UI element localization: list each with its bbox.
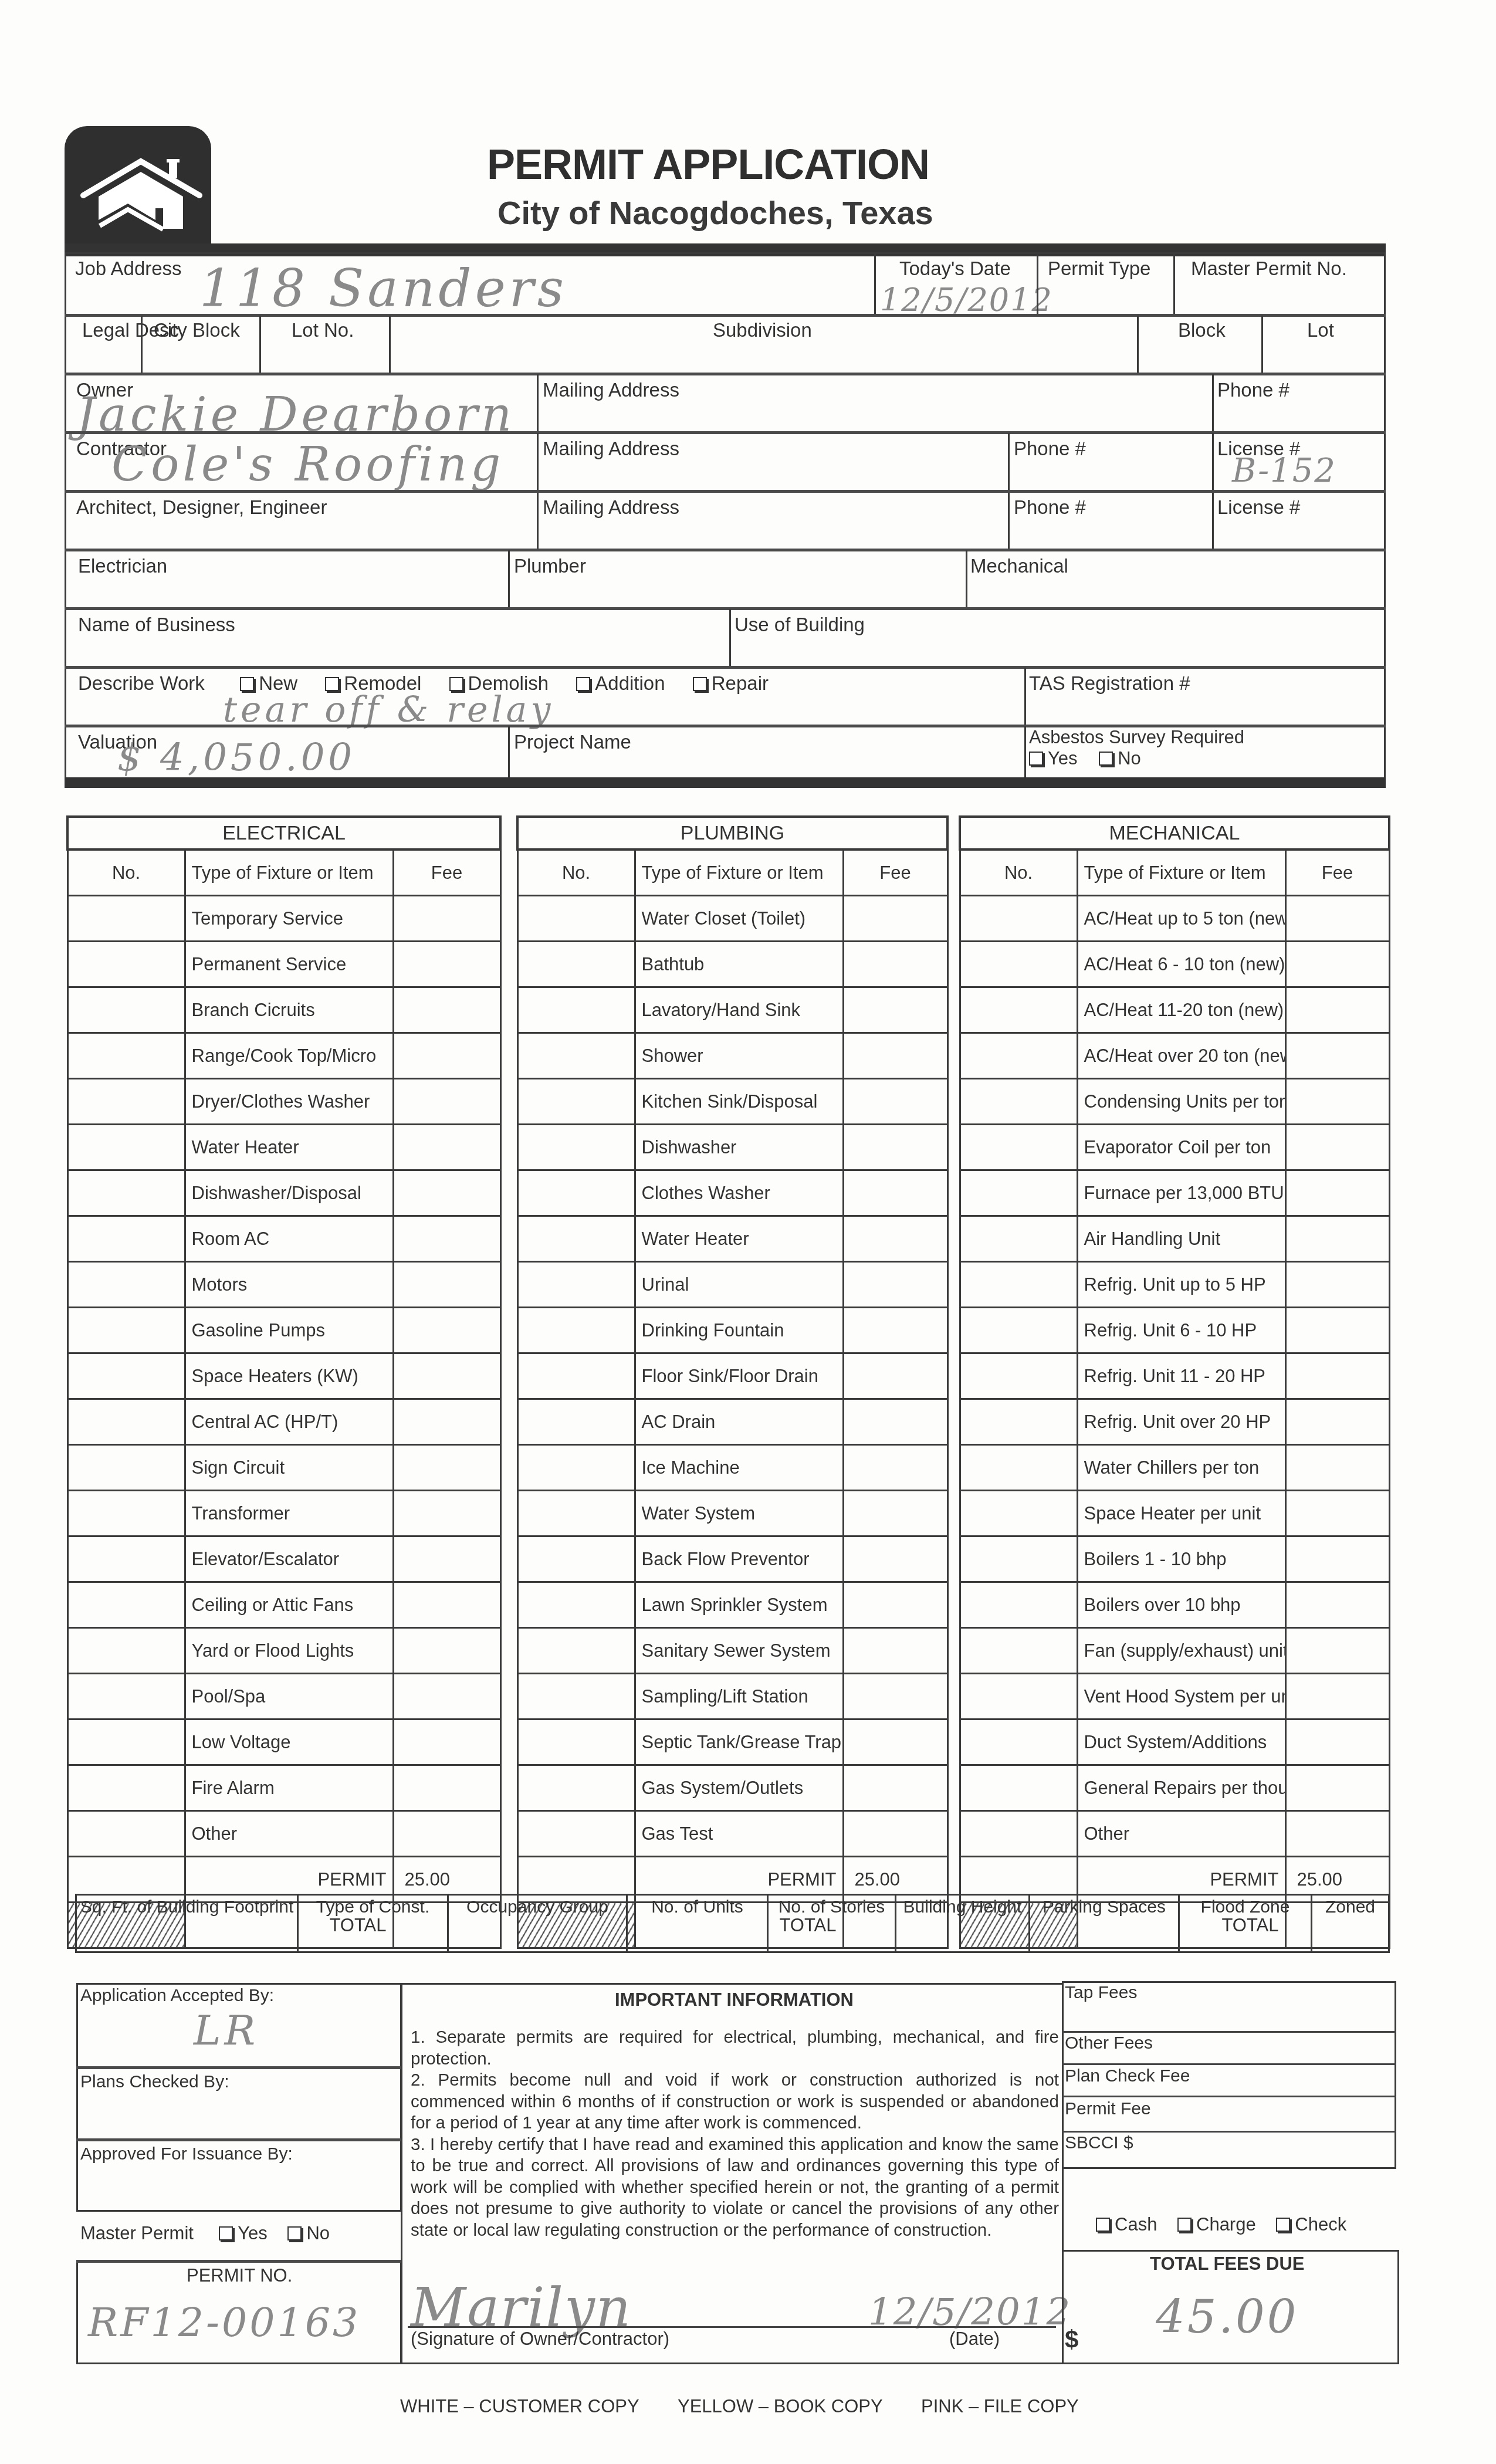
fee-cell[interactable]	[843, 1720, 947, 1765]
master-permit-label: Master Permit Yes No	[80, 2223, 352, 2243]
quantity-cell[interactable]	[517, 1582, 635, 1628]
fixture-item-label: Bathtub	[635, 942, 843, 987]
plumbing-table: PLUMBINGNo.Type of Fixture or ItemFeeWat…	[516, 815, 949, 1949]
quantity-cell[interactable]	[517, 1033, 635, 1079]
page-title: PERMIT APPLICATION	[487, 141, 929, 189]
building-info-field[interactable]	[76, 1919, 298, 1952]
fee-cell[interactable]	[843, 1674, 947, 1720]
plans-checked-label: Plans Checked By:	[80, 2072, 229, 2091]
quantity-cell[interactable]	[960, 1536, 1077, 1582]
fixture-item-label: Dishwasher/Disposal	[185, 1170, 393, 1216]
fixture-item-label: Floor Sink/Floor Drain	[635, 1353, 843, 1399]
quantity-cell[interactable]	[960, 1033, 1077, 1079]
fee-cell[interactable]	[843, 1125, 947, 1170]
valuation-field[interactable]: $ 4,050.00	[117, 736, 356, 780]
fixture-item-label: Refrig. Unit over 20 HP	[1077, 1399, 1285, 1445]
quantity-cell[interactable]	[517, 1445, 635, 1491]
fee-cell[interactable]	[843, 1536, 947, 1582]
table-row: Space Heaters (KW)	[67, 1353, 500, 1399]
fee-cell[interactable]	[1285, 896, 1389, 942]
table-row: AC/Heat 11-20 ton (new)	[960, 987, 1389, 1033]
quantity-cell[interactable]	[517, 1811, 635, 1857]
fee-cell[interactable]	[1285, 1765, 1389, 1811]
table-row: Lawn Sprinkler System	[517, 1582, 947, 1628]
quantity-cell[interactable]	[960, 1353, 1077, 1399]
quantity-cell[interactable]	[960, 1628, 1077, 1674]
fee-cell[interactable]	[1285, 1125, 1389, 1170]
city-logo	[65, 126, 211, 252]
table-row: Dishwasher	[517, 1125, 947, 1170]
fee-cell[interactable]	[393, 1399, 500, 1445]
fee-cell[interactable]	[1285, 942, 1389, 987]
fee-cell[interactable]	[393, 1308, 500, 1353]
quantity-cell[interactable]	[517, 1170, 635, 1216]
fixture-item-label: Septic Tank/Grease Trap	[635, 1720, 843, 1765]
mechanical-label: Mechanical	[970, 556, 1068, 577]
fee-cell[interactable]	[393, 1765, 500, 1811]
table-row: Water Heater	[67, 1125, 500, 1170]
building-info-header: Flood Zone	[1179, 1895, 1312, 1920]
table-row: Ice Machine	[517, 1445, 947, 1491]
fixture-item-label: Gas System/Outlets	[635, 1765, 843, 1811]
fixture-item-label: Fire Alarm	[185, 1765, 393, 1811]
fee-cell[interactable]	[393, 1033, 500, 1079]
table-row: Refrig. Unit 6 - 10 HP	[960, 1308, 1389, 1353]
fixture-item-label: Fan (supply/exhaust) unit	[1077, 1628, 1285, 1674]
quantity-cell[interactable]	[960, 896, 1077, 942]
fixture-item-label: Water Heater	[185, 1125, 393, 1170]
architect-license-label: License #	[1217, 497, 1300, 518]
table-row: Fan (supply/exhaust) unit	[960, 1628, 1389, 1674]
building-info-field[interactable]	[627, 1919, 768, 1952]
fee-cell[interactable]	[393, 1674, 500, 1720]
table-row: AC/Heat over 20 ton (new)	[960, 1033, 1389, 1079]
table-row: Other	[960, 1811, 1389, 1857]
building-info-field[interactable]	[896, 1919, 1030, 1952]
permit-type-field[interactable]	[1038, 282, 1185, 314]
table-row: Water Closet (Toilet)	[517, 896, 947, 942]
fee-cell[interactable]	[1285, 1720, 1389, 1765]
fixture-item-label: Condensing Units per ton	[1077, 1079, 1285, 1125]
quantity-cell[interactable]	[517, 1720, 635, 1765]
fixture-item-label: Shower	[635, 1033, 843, 1079]
table-row: Central AC (HP/T)	[67, 1399, 500, 1445]
table-row: Urinal	[517, 1262, 947, 1308]
quantity-cell[interactable]	[67, 987, 185, 1033]
plans-checked-field[interactable]	[79, 2094, 399, 2135]
fixture-item-label: Sampling/Lift Station	[635, 1674, 843, 1720]
fee-cell[interactable]	[843, 1262, 947, 1308]
table-row: Fire Alarm	[67, 1765, 500, 1811]
fee-cell[interactable]	[843, 1308, 947, 1353]
quantity-cell[interactable]	[960, 1674, 1077, 1720]
quantity-cell[interactable]	[517, 1125, 635, 1170]
fixture-item-label: Dryer/Clothes Washer	[185, 1079, 393, 1125]
fee-cell[interactable]	[393, 1170, 500, 1216]
fee-cell[interactable]	[1285, 1079, 1389, 1125]
work-repair-checkbox[interactable]: Repair	[693, 673, 769, 694]
table-row: Refrig. Unit over 20 HP	[960, 1399, 1389, 1445]
quantity-cell[interactable]	[67, 1262, 185, 1308]
master-permit-no-checkbox[interactable]: No	[287, 2223, 330, 2243]
table-row: AC/Heat up to 5 ton (new)	[960, 896, 1389, 942]
building-info-header: No. of Units	[627, 1895, 768, 1920]
fee-cell[interactable]	[1285, 1628, 1389, 1674]
quantity-cell[interactable]	[67, 1445, 185, 1491]
other-fees-label: Other Fees	[1065, 2033, 1153, 2053]
table-row: Water Chillers per ton	[960, 1445, 1389, 1491]
quantity-cell[interactable]	[517, 1399, 635, 1445]
fee-cell[interactable]	[843, 1765, 947, 1811]
fee-cell[interactable]	[843, 942, 947, 987]
quantity-cell[interactable]	[67, 896, 185, 942]
fixture-item-label: Low Voltage	[185, 1720, 393, 1765]
table-row: Yard or Flood Lights	[67, 1628, 500, 1674]
quantity-cell[interactable]	[960, 987, 1077, 1033]
fee-cell[interactable]	[1285, 1399, 1389, 1445]
fee-cell[interactable]	[843, 1079, 947, 1125]
todays-date-field[interactable]: 12/5/2012	[880, 282, 1053, 319]
fee-cell[interactable]	[1285, 1811, 1389, 1857]
quantity-cell[interactable]	[517, 1765, 635, 1811]
fee-cell[interactable]	[1285, 1536, 1389, 1582]
total-fees-field[interactable]: 45.00	[1156, 2291, 1298, 2344]
tap-fees-label: Tap Fees	[1065, 1983, 1137, 2002]
fee-cell[interactable]	[843, 1811, 947, 1857]
table-row: Vent Hood System per unit	[960, 1674, 1389, 1720]
fee-cell[interactable]	[393, 1216, 500, 1262]
quantity-cell[interactable]	[67, 1033, 185, 1079]
fee-cell[interactable]	[843, 1491, 947, 1536]
table-row: Clothes Washer	[517, 1170, 947, 1216]
fee-cell[interactable]	[393, 942, 500, 987]
fee-cell[interactable]	[843, 1216, 947, 1262]
fee-cell[interactable]	[1285, 1033, 1389, 1079]
fixture-item-label: Sanitary Sewer System	[635, 1628, 843, 1674]
quantity-cell[interactable]	[960, 942, 1077, 987]
fixture-item-label: Lavatory/Hand Sink	[635, 987, 843, 1033]
fixture-item-label: Refrig. Unit up to 5 HP	[1077, 1262, 1285, 1308]
date-label: (Date)	[949, 2329, 1000, 2349]
electrical-table-title: ELECTRICAL	[67, 817, 500, 849]
col-no-header: No.	[67, 849, 185, 896]
fee-cell[interactable]	[843, 1353, 947, 1399]
building-info-field[interactable]	[448, 1919, 627, 1952]
fixture-item-label: AC Drain	[635, 1399, 843, 1445]
fee-cell[interactable]	[1285, 1491, 1389, 1536]
quantity-cell[interactable]	[67, 1811, 185, 1857]
master-permit-no-label: Master Permit No.	[1191, 258, 1347, 279]
accepted-by-field[interactable]: LR	[194, 2006, 259, 2055]
table-row: Pool/Spa	[67, 1674, 500, 1720]
quantity-cell[interactable]	[517, 1491, 635, 1536]
quantity-cell[interactable]	[960, 1765, 1077, 1811]
table-row: Elevator/Escalator	[67, 1536, 500, 1582]
payment-cash-checkbox[interactable]: Cash	[1096, 2215, 1157, 2235]
city-block-label: City Block	[154, 320, 240, 341]
fee-cell[interactable]	[1285, 1445, 1389, 1491]
contractor-field[interactable]: Cole's Roofing	[111, 437, 504, 492]
permit-no-field[interactable]: RF12-00163	[88, 2300, 360, 2346]
fixture-item-label: Refrig. Unit 11 - 20 HP	[1077, 1353, 1285, 1399]
fee-cell[interactable]	[393, 1353, 500, 1399]
fee-cell[interactable]	[1285, 1308, 1389, 1353]
table-row: Refrig. Unit 11 - 20 HP	[960, 1353, 1389, 1399]
mechanical-table: MECHANICALNo.Type of Fixture or ItemFeeA…	[959, 815, 1390, 1949]
fee-cell[interactable]	[1285, 1582, 1389, 1628]
table-row: Dishwasher/Disposal	[67, 1170, 500, 1216]
table-row: Floor Sink/Floor Drain	[517, 1353, 947, 1399]
fixture-item-label: Water Heater	[635, 1216, 843, 1262]
building-info-header: Type of Const.	[298, 1895, 448, 1920]
asbestos-no-checkbox[interactable]: No	[1099, 749, 1141, 769]
building-info-header: Occupancy Group	[448, 1895, 627, 1920]
payment-charge-checkbox[interactable]: Charge	[1177, 2215, 1256, 2235]
master-permit-no-field[interactable]	[1176, 282, 1382, 314]
table-row: Water System	[517, 1491, 947, 1536]
building-info-header: Building Height	[896, 1895, 1030, 1920]
quantity-cell[interactable]	[517, 896, 635, 942]
lot-label: Lot	[1307, 320, 1334, 341]
important-info-title: IMPORTANT INFORMATION	[615, 1990, 854, 2010]
quantity-cell[interactable]	[960, 1262, 1077, 1308]
fixture-item-label: Air Handling Unit	[1077, 1216, 1285, 1262]
quantity-cell[interactable]	[517, 942, 635, 987]
quantity-cell[interactable]	[960, 1491, 1077, 1536]
fixture-item-label: Temporary Service	[185, 896, 393, 942]
fee-cell[interactable]	[393, 1536, 500, 1582]
quantity-cell[interactable]	[67, 1399, 185, 1445]
fee-cell[interactable]	[843, 1399, 947, 1445]
fixture-item-label: Boilers 1 - 10 bhp	[1077, 1536, 1285, 1582]
fee-cell[interactable]	[843, 1033, 947, 1079]
contractor-license-field[interactable]: B-152	[1232, 452, 1336, 490]
building-info-field[interactable]	[1312, 1919, 1389, 1952]
fee-cell[interactable]	[393, 1079, 500, 1125]
table-row: Temporary Service	[67, 896, 500, 942]
building-info-field[interactable]	[1179, 1919, 1312, 1952]
table-row: Room AC	[67, 1216, 500, 1262]
fee-cell[interactable]	[843, 896, 947, 942]
architect-label: Architect, Designer, Engineer	[76, 497, 327, 518]
fixture-item-label: AC/Heat over 20 ton (new)	[1077, 1033, 1285, 1079]
fixture-item-label: Room AC	[185, 1216, 393, 1262]
business-name-label: Name of Business	[78, 614, 235, 635]
fixture-item-label: Furnace per 13,000 BTU	[1077, 1170, 1285, 1216]
quantity-cell[interactable]	[67, 1491, 185, 1536]
plan-check-fee-label: Plan Check Fee	[1065, 2066, 1190, 2086]
section-divider-bar	[65, 777, 1386, 788]
table-row: Gas System/Outlets	[517, 1765, 947, 1811]
fee-cell[interactable]	[393, 896, 500, 942]
project-name-label: Project Name	[514, 732, 631, 753]
quantity-cell[interactable]	[67, 1170, 185, 1216]
fixture-item-label: Dishwasher	[635, 1125, 843, 1170]
asbestos-label: Asbestos Survey Required Yes No	[1029, 727, 1244, 769]
fixture-item-label: Elevator/Escalator	[185, 1536, 393, 1582]
accepted-by-label: Application Accepted By:	[80, 1986, 274, 2005]
approved-by-label: Approved For Issuance By:	[80, 2144, 293, 2164]
quantity-cell[interactable]	[960, 1811, 1077, 1857]
fee-cell[interactable]	[1285, 987, 1389, 1033]
fee-cell[interactable]	[1285, 1353, 1389, 1399]
table-row: Dryer/Clothes Washer	[67, 1079, 500, 1125]
quantity-cell[interactable]	[517, 987, 635, 1033]
building-info-field[interactable]	[1030, 1919, 1179, 1952]
building-info-header: No. of Stories	[768, 1895, 896, 1920]
quantity-cell[interactable]	[960, 1399, 1077, 1445]
fee-cell[interactable]	[1285, 1170, 1389, 1216]
signature-label: (Signature of Owner/Contractor)	[411, 2329, 669, 2349]
table-row: Sign Circuit	[67, 1445, 500, 1491]
quantity-cell[interactable]	[960, 1720, 1077, 1765]
quantity-cell[interactable]	[517, 1353, 635, 1399]
building-info-field[interactable]	[298, 1919, 448, 1952]
quantity-cell[interactable]	[960, 1079, 1077, 1125]
fee-cell[interactable]	[393, 1491, 500, 1536]
payment-method-group: Cash Charge Check	[1096, 2215, 1369, 2235]
table-row: Boilers over 10 bhp	[960, 1582, 1389, 1628]
quantity-cell[interactable]	[517, 1079, 635, 1125]
quantity-cell[interactable]	[517, 1216, 635, 1262]
table-row: Shower	[517, 1033, 947, 1079]
fee-cell[interactable]	[843, 1628, 947, 1674]
copy-legend-yellow: YELLOW – BOOK COPY	[678, 2397, 883, 2416]
quantity-cell[interactable]	[67, 1353, 185, 1399]
quantity-cell[interactable]	[960, 1445, 1077, 1491]
fee-cell[interactable]	[393, 1262, 500, 1308]
quantity-cell[interactable]	[960, 1582, 1077, 1628]
mechanical-table-title: MECHANICAL	[960, 817, 1389, 849]
quantity-cell[interactable]	[67, 1308, 185, 1353]
table-row: Evaporator Coil per ton	[960, 1125, 1389, 1170]
architect-mailing-label: Mailing Address	[543, 497, 679, 518]
fixture-item-label: Other	[185, 1811, 393, 1857]
table-row: Sanitary Sewer System	[517, 1628, 947, 1674]
fixture-item-label: Kitchen Sink/Disposal	[635, 1079, 843, 1125]
fee-cell[interactable]	[1285, 1674, 1389, 1720]
fixture-item-label: Yard or Flood Lights	[185, 1628, 393, 1674]
building-info-header: Parking Spaces	[1030, 1895, 1179, 1920]
work-addition-checkbox[interactable]: Addition	[576, 673, 665, 694]
quantity-cell[interactable]	[517, 1628, 635, 1674]
quantity-cell[interactable]	[960, 1125, 1077, 1170]
table-row: General Repairs per thou.	[960, 1765, 1389, 1811]
fixture-item-label: Drinking Fountain	[635, 1308, 843, 1353]
table-row: Gasoline Pumps	[67, 1308, 500, 1353]
quantity-cell[interactable]	[67, 1628, 185, 1674]
approved-by-field[interactable]	[79, 2168, 399, 2209]
quantity-cell[interactable]	[960, 1170, 1077, 1216]
fixture-item-label: Ice Machine	[635, 1445, 843, 1491]
fixture-item-label: Water Chillers per ton	[1077, 1445, 1285, 1491]
fixture-item-label: Space Heater per unit	[1077, 1491, 1285, 1536]
asbestos-yes-checkbox[interactable]: Yes	[1029, 749, 1078, 769]
quantity-cell[interactable]	[67, 1720, 185, 1765]
fee-cell[interactable]	[843, 1582, 947, 1628]
fee-cell[interactable]	[393, 1125, 500, 1170]
quantity-cell[interactable]	[67, 942, 185, 987]
master-permit-yes-checkbox[interactable]: Yes	[219, 2223, 268, 2243]
quantity-cell[interactable]	[67, 1582, 185, 1628]
copy-legend-white: WHITE – CUSTOMER COPY	[400, 2397, 639, 2416]
table-row: Duct System/Additions	[960, 1720, 1389, 1765]
payment-check-checkbox[interactable]: Check	[1276, 2215, 1346, 2235]
col-no-header: No.	[517, 849, 635, 896]
fee-cell[interactable]	[393, 987, 500, 1033]
fixture-item-label: Back Flow Preventor	[635, 1536, 843, 1582]
quantity-cell[interactable]	[67, 1765, 185, 1811]
quantity-cell[interactable]	[67, 1125, 185, 1170]
fixture-item-label: Lawn Sprinkler System	[635, 1582, 843, 1628]
fee-cell[interactable]	[843, 987, 947, 1033]
quantity-cell[interactable]	[960, 1308, 1077, 1353]
fee-cell[interactable]	[393, 1720, 500, 1765]
table-row: Bathtub	[517, 942, 947, 987]
fixture-item-label: Permanent Service	[185, 942, 393, 987]
table-row: Sampling/Lift Station	[517, 1674, 947, 1720]
quantity-cell[interactable]	[67, 1536, 185, 1582]
quantity-cell[interactable]	[517, 1308, 635, 1353]
table-row: Condensing Units per ton	[960, 1079, 1389, 1125]
quantity-cell[interactable]	[517, 1674, 635, 1720]
quantity-cell[interactable]	[67, 1079, 185, 1125]
total-fees-label: TOTAL FEES DUE	[1150, 2254, 1305, 2274]
fixture-item-label: Duct System/Additions	[1077, 1720, 1285, 1765]
quantity-cell[interactable]	[960, 1216, 1077, 1262]
col-fee-header: Fee	[1285, 849, 1389, 896]
fixture-item-label: Gasoline Pumps	[185, 1308, 393, 1353]
fixture-item-label: Gas Test	[635, 1811, 843, 1857]
fee-cell[interactable]	[393, 1628, 500, 1674]
col-type-header: Type of Fixture or Item	[1077, 849, 1285, 896]
fee-cell[interactable]	[1285, 1262, 1389, 1308]
fee-cell[interactable]	[1285, 1216, 1389, 1262]
fixture-item-label: Motors	[185, 1262, 393, 1308]
page-subtitle: City of Nacogdoches, Texas	[497, 194, 933, 232]
fee-cell[interactable]	[393, 1811, 500, 1857]
table-row: Septic Tank/Grease Trap	[517, 1720, 947, 1765]
plumbing-table-title: PLUMBING	[517, 817, 947, 849]
table-row: AC Drain	[517, 1399, 947, 1445]
col-type-header: Type of Fixture or Item	[635, 849, 843, 896]
fixture-item-label: Sign Circuit	[185, 1445, 393, 1491]
fee-cell[interactable]	[843, 1170, 947, 1216]
job-address-field[interactable]: 118 Sanders	[199, 258, 567, 319]
quantity-cell[interactable]	[67, 1216, 185, 1262]
quantity-cell[interactable]	[517, 1262, 635, 1308]
fee-cell[interactable]	[393, 1445, 500, 1491]
fixture-item-label: General Repairs per thou.	[1077, 1765, 1285, 1811]
electrician-label: Electrician	[78, 556, 167, 577]
owner-phone-label: Phone #	[1217, 380, 1289, 401]
col-fee-header: Fee	[843, 849, 947, 896]
architect-phone-label: Phone #	[1014, 497, 1086, 518]
fixture-item-label: AC/Heat 6 - 10 ton (new)	[1077, 942, 1285, 987]
contractor-phone-label: Phone #	[1014, 438, 1086, 459]
fee-cell[interactable]	[393, 1582, 500, 1628]
quantity-cell[interactable]	[67, 1674, 185, 1720]
building-info-field[interactable]	[768, 1919, 896, 1952]
fixture-item-label: Vent Hood System per unit	[1077, 1674, 1285, 1720]
fee-cell[interactable]	[843, 1445, 947, 1491]
table-row: Transformer	[67, 1491, 500, 1536]
contractor-mailing-label: Mailing Address	[543, 438, 679, 459]
quantity-cell[interactable]	[517, 1536, 635, 1582]
table-row: Air Handling Unit	[960, 1216, 1389, 1262]
building-info-header: Sq. Ft. of Building Footprint	[76, 1895, 298, 1920]
use-of-building-label: Use of Building	[735, 614, 865, 635]
